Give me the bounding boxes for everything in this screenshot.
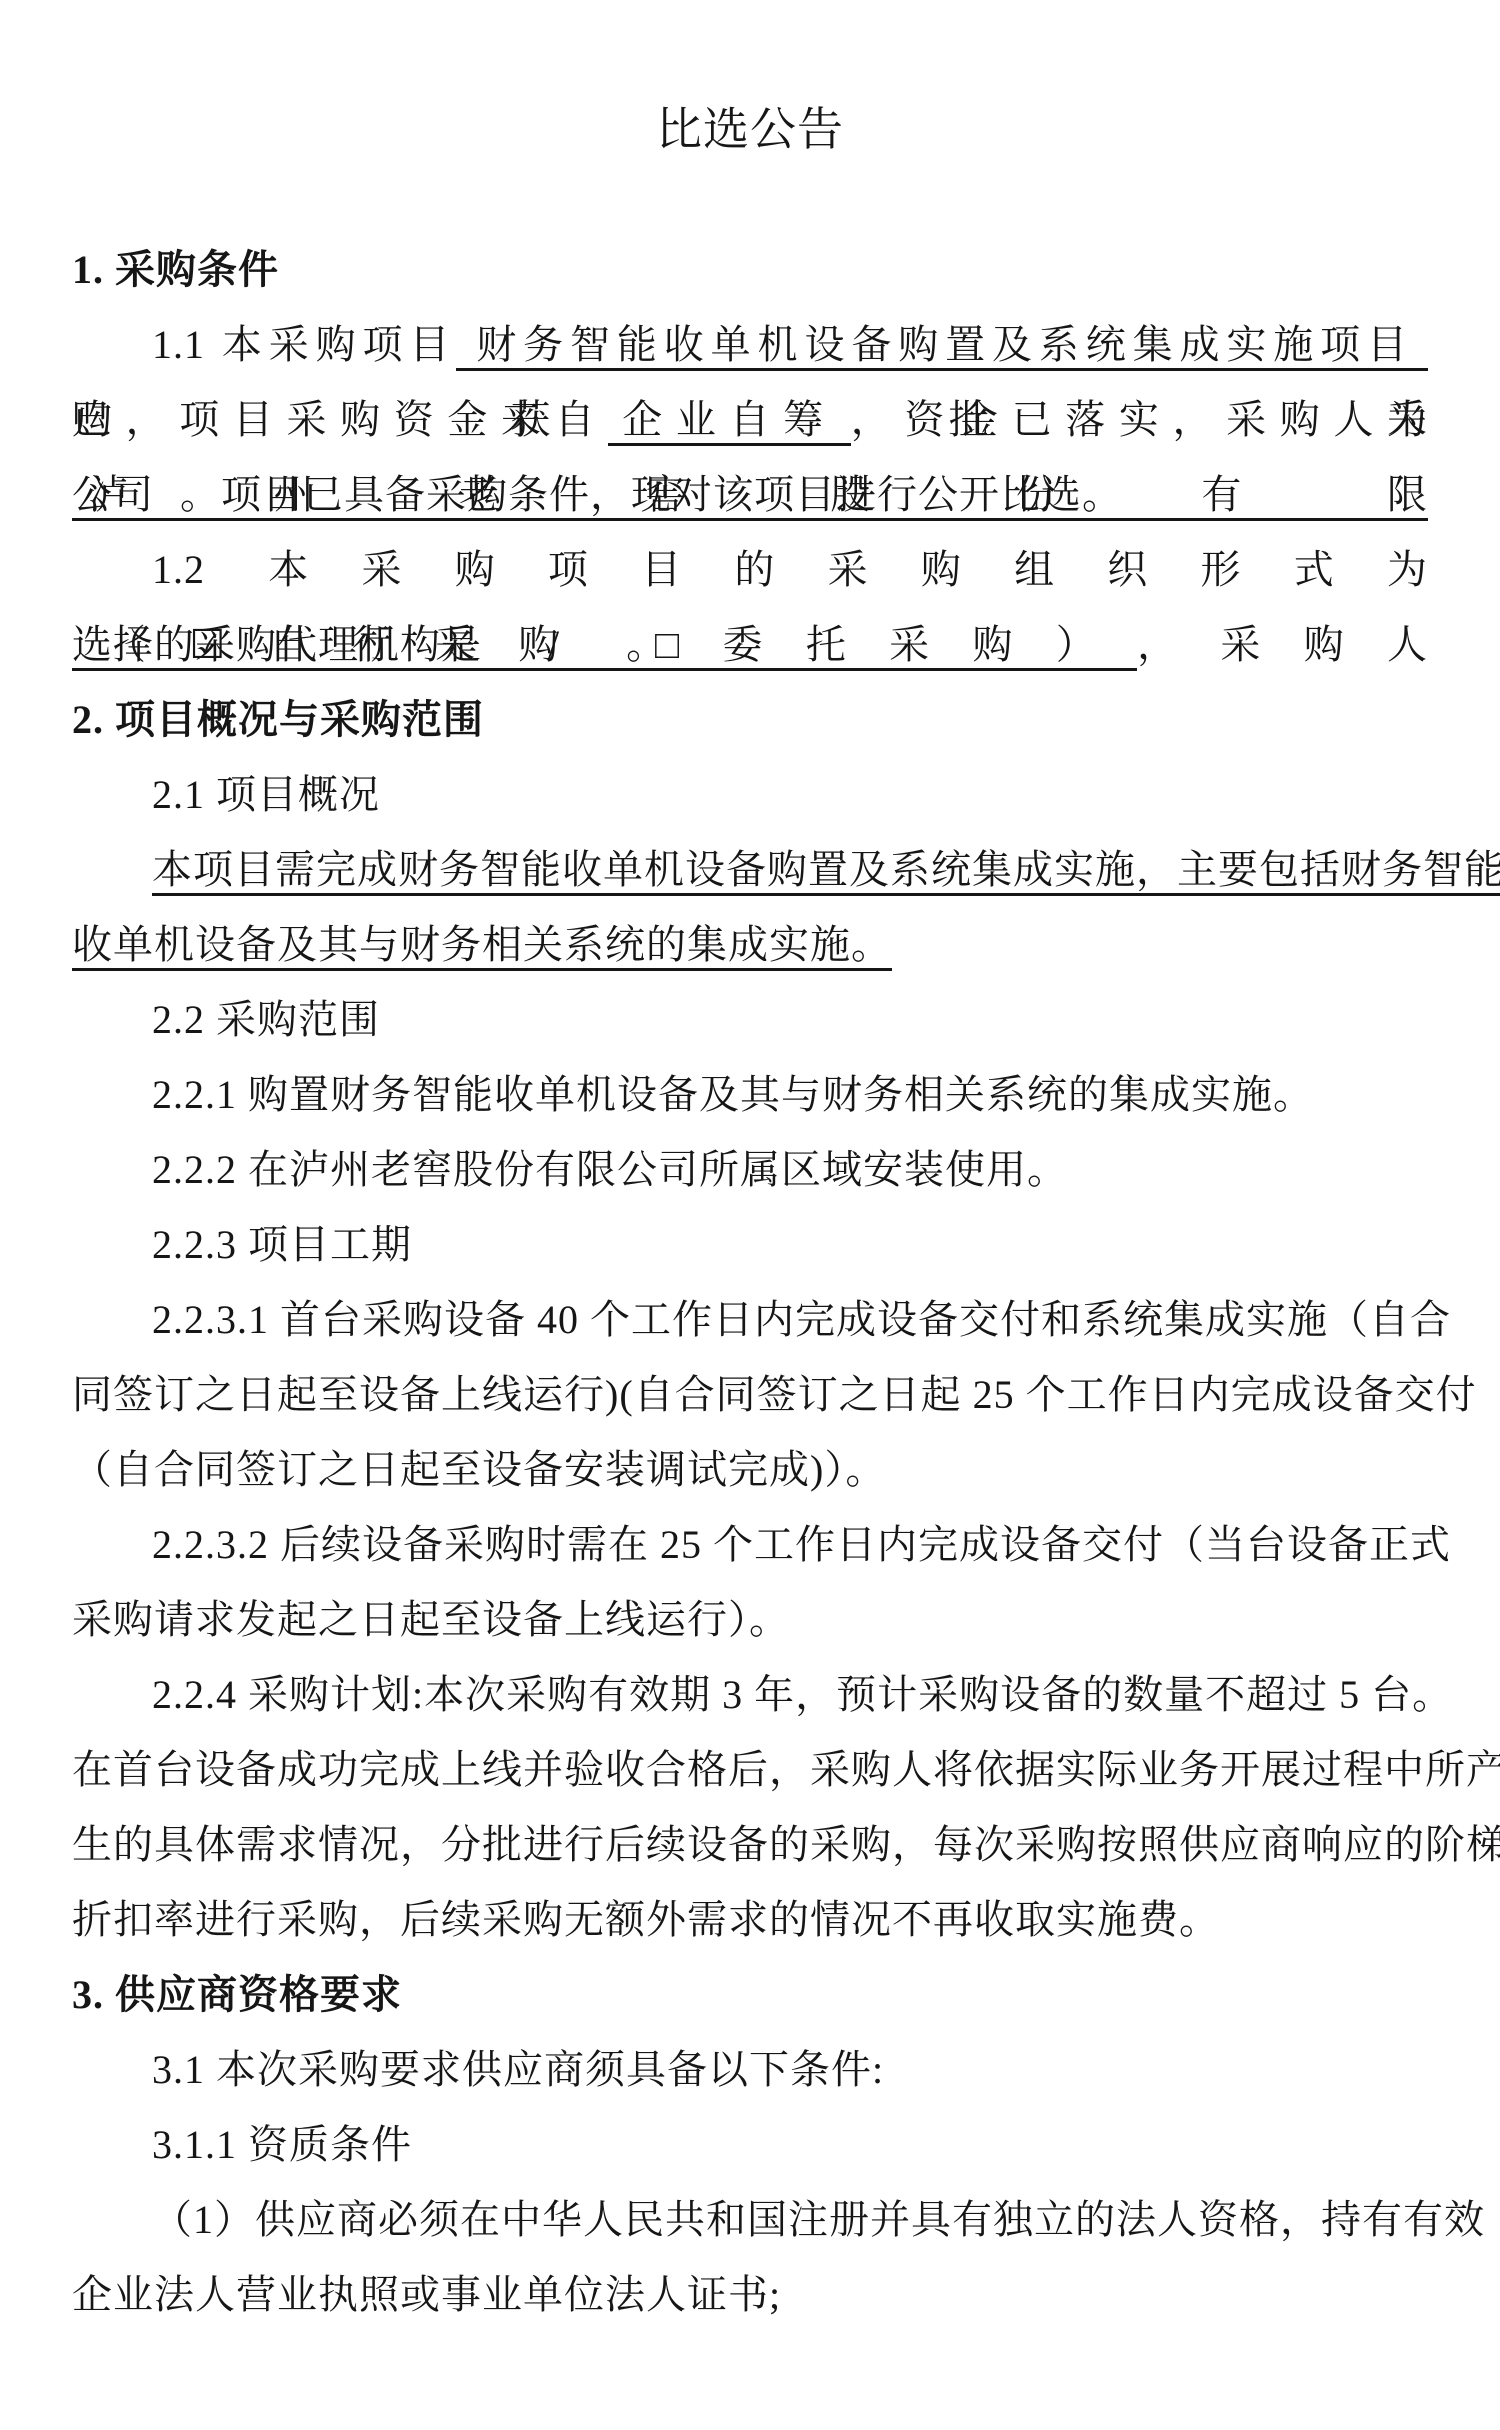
para-1-2-line-1: 1.2 本采购项目的采购组织形式为（☑自行采购 □委托采购），采购人 (72, 532, 1428, 607)
text-segment: 生的具体需求情况，分批进行后续设备的采购，每次采购按照供应商响应的阶梯 (72, 1822, 1500, 1867)
document-title: 比选公告 (72, 85, 1428, 175)
para-1-1-line-1: 1.1 本采购项目财务智能收单机设备购置及系统集成实施项目已获批采 (72, 307, 1428, 382)
para-2-2-3-1-line-3: （自合同签订之日起至设备安装调试完成)）。 (72, 1432, 1428, 1507)
text-segment: 2.2.3.1 首台采购设备 40 个工作日内完成设备交付和系统集成实施（自合 (152, 1297, 1451, 1342)
text-segment: 3.1.1 资质条件 (152, 2122, 412, 2167)
para-2-2-4-line-4: 折扣率进行采购，后续采购无额外需求的情况不再收取实施费。 (72, 1882, 1428, 1957)
para-2-2-4-line-2: 在首台设备成功完成上线并验收合格后，采购人将依据实际业务开展过程中所产 (72, 1732, 1428, 1807)
text-segment: 2.1 项目概况 (152, 772, 380, 817)
text-segment: 采购请求发起之日起至设备上线运行）。 (72, 1597, 790, 1642)
text-segment: 同签订之日起至设备上线运行)(自合同签订之日起 25 个工作日内完成设备交付 (72, 1372, 1477, 1417)
para-2-2-4-line-1: 2.2.4 采购计划:本次采购有效期 3 年，预计采购设备的数量不超过 5 台。 (72, 1657, 1428, 1732)
text-segment: 购，项目采购资金来自 (72, 397, 608, 442)
text-segment: 折扣率进行采购，后续采购无额外需求的情况不再收取实施费。 (72, 1897, 1220, 1942)
text-segment: 企业法人营业执照或事业单位法人证书; (72, 2272, 781, 2317)
text-segment: ，采购人 (1137, 622, 1428, 667)
heading-procurement-conditions: 1. 采购条件 (72, 232, 1428, 307)
para-2-2-3-1-line-2: 同签订之日起至设备上线运行)(自合同签订之日起 25 个工作日内完成设备交付 (72, 1357, 1428, 1432)
text-segment: 。 (626, 622, 667, 667)
para-1-1-line-2: 购，项目采购资金来自企业自筹，资金已落实，采购人为泸州老窖股份有限 (72, 382, 1428, 457)
text-segment: 2.2.3 项目工期 (152, 1222, 412, 1267)
subheading-2-1: 2.1 项目概况 (72, 757, 1428, 832)
document-page: 比选公告 1. 采购条件 1.1 本采购项目财务智能收单机设备购置及系统集成实施… (0, 0, 1500, 2430)
para-3-1-1-item-1-line-1: （1）供应商必须在中华人民共和国注册并具有独立的法人资格，持有有效 (72, 2182, 1428, 2257)
heading-text: 3. 供应商资格要求 (72, 1972, 402, 2017)
blank-purchaser-name-part-2: 公司 (72, 472, 180, 521)
text-segment: 3.1 本次采购要求供应商须具备以下条件: (152, 2047, 884, 2092)
text-segment: 1.2 本采购项目的采购组织形式为 (152, 547, 1428, 592)
heading-text: 1. 采购条件 (72, 247, 279, 292)
text-segment: 。项目已具备采购条件，现对该项目进行公开比选。 (180, 472, 1123, 517)
para-2-1-line-1: 本项目需完成财务智能收单机设备购置及系统集成实施，主要包括财务智能 (72, 832, 1428, 907)
para-2-2-1: 2.2.1 购置财务智能收单机设备及其与财务相关系统的集成实施。 (72, 1057, 1428, 1132)
text-segment: 选择的采购代理机构是 (72, 622, 482, 667)
blank-agency-slash: / (482, 622, 626, 671)
para-2-2-3-2-line-2: 采购请求发起之日起至设备上线运行）。 (72, 1582, 1428, 1657)
heading-text: 2. 项目概况与采购范围 (72, 697, 484, 742)
para-2-2-3-2-line-1: 2.2.3.2 后续设备采购时需在 25 个工作日内完成设备交付（当台设备正式 (72, 1507, 1428, 1582)
heading-project-overview-scope: 2. 项目概况与采购范围 (72, 682, 1428, 757)
subheading-2-2: 2.2 采购范围 (72, 982, 1428, 1057)
para-3-1: 3.1 本次采购要求供应商须具备以下条件: (72, 2032, 1428, 2107)
text-segment: ，资金已落实，采购人为 (851, 397, 1428, 442)
text-segment: （自合同签订之日起至设备安装调试完成)）。 (72, 1447, 886, 1492)
underlined-overview-line-2: 收单机设备及其与财务相关系统的集成实施。 (72, 922, 892, 971)
text-segment: 2.2 采购范围 (152, 997, 380, 1042)
subheading-3-1-1: 3.1.1 资质条件 (72, 2107, 1428, 2182)
text-segment: 2.2.4 采购计划:本次采购有效期 3 年，预计采购设备的数量不超过 5 台。 (152, 1672, 1453, 1717)
text-segment: （1）供应商必须在中华人民共和国注册并具有独立的法人资格，持有有效 (152, 2197, 1485, 2242)
blank-funding-source: 企业自筹 (608, 397, 851, 446)
para-2-1-line-2: 收单机设备及其与财务相关系统的集成实施。 (72, 907, 1428, 982)
subheading-2-2-3: 2.2.3 项目工期 (72, 1207, 1428, 1282)
para-3-1-1-item-1-line-2: 企业法人营业执照或事业单位法人证书; (72, 2257, 1428, 2332)
blank-project-name: 财务智能收单机设备购置及系统集成实施项目 (456, 322, 1428, 371)
heading-supplier-qualifications: 3. 供应商资格要求 (72, 1957, 1428, 2032)
para-2-2-3-1-line-1: 2.2.3.1 首台采购设备 40 个工作日内完成设备交付和系统集成实施（自合 (72, 1282, 1428, 1357)
para-2-2-2: 2.2.2 在泸州老窖股份有限公司所属区域安装使用。 (72, 1132, 1428, 1207)
underlined-overview-line-1: 本项目需完成财务智能收单机设备购置及系统集成实施，主要包括财务智能 (152, 847, 1500, 896)
text-segment: 2.2.2 在泸州老窖股份有限公司所属区域安装使用。 (152, 1147, 1068, 1192)
text-segment: 2.2.1 购置财务智能收单机设备及其与财务相关系统的集成实施。 (152, 1072, 1314, 1117)
para-2-2-4-line-3: 生的具体需求情况，分批进行后续设备的采购，每次采购按照供应商响应的阶梯 (72, 1807, 1428, 1882)
text-segment: 1.1 本采购项目 (152, 322, 456, 367)
delegated-procurement-label: 委托采购） (723, 622, 1120, 667)
text-segment: 在首台设备成功完成上线并验收合格后，采购人将依据实际业务开展过程中所产 (72, 1747, 1500, 1792)
text-segment: 2.2.3.2 后续设备采购时需在 25 个工作日内完成设备交付（当台设备正式 (152, 1522, 1451, 1567)
